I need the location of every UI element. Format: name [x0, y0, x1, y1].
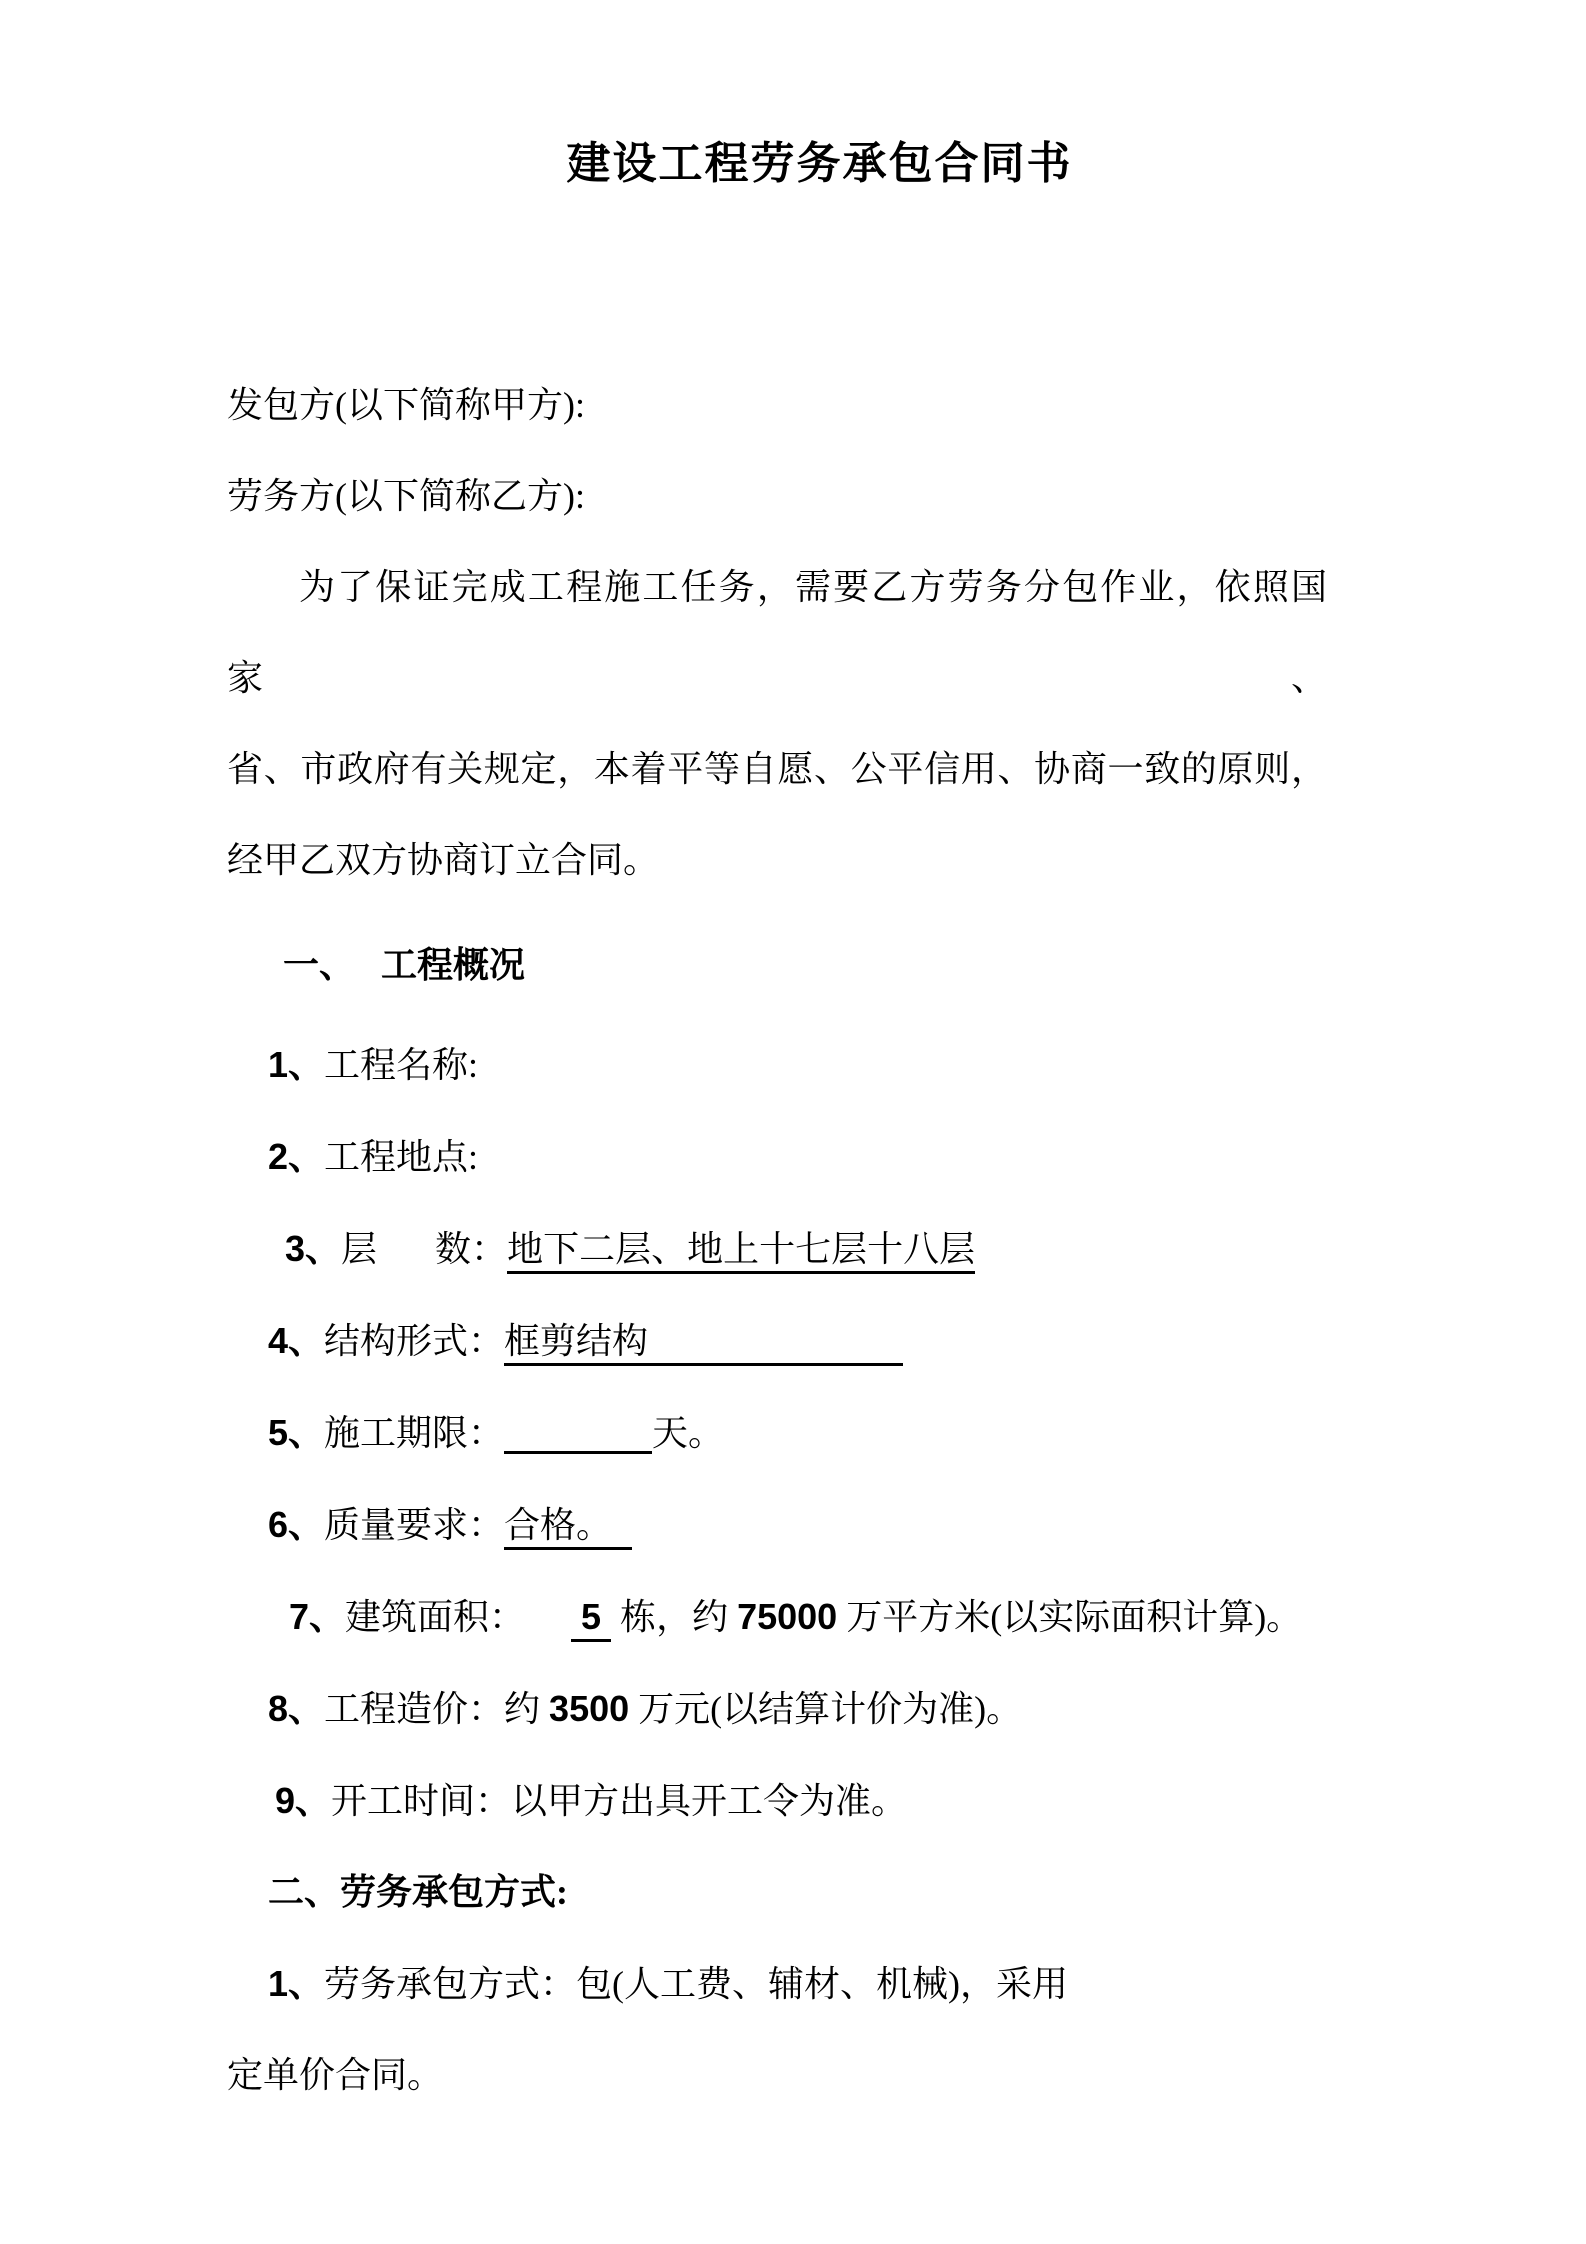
item-construction-period: 5、施工期限：天。 [268, 1387, 1327, 1479]
item-value-number: 3500 [549, 1688, 629, 1729]
party-a-line: 发包方(以下简称甲方): [227, 360, 1327, 451]
document-title: 建设工程劳务承包合同书 [227, 140, 1327, 188]
item-number: 4、 [268, 1320, 324, 1361]
item-number: 9、 [275, 1780, 331, 1821]
section-2-heading: 二、劳务承包方式: [268, 1847, 1327, 1938]
item-label: 数： [435, 1229, 507, 1269]
item-label: 工程地点: [324, 1137, 478, 1177]
item-floor-count: 3、层数：地下二层、地上十七层十八层 [285, 1203, 1327, 1295]
preamble-paragraph: 为了保证完成工程施工任务，需要乙方劳务分包作业，依照国家、 省、市政府有关规定，… [227, 542, 1327, 906]
item-label: 工程造价：约 [324, 1689, 549, 1729]
item-label: 结构形式： [324, 1321, 504, 1361]
party-b-line: 劳务方(以下简称乙方): [227, 451, 1327, 542]
item-number: 1、 [268, 1044, 324, 1085]
item-number: 6、 [268, 1504, 324, 1545]
item-quality-requirement: 6、质量要求：合格。 [268, 1479, 1327, 1571]
item-start-date: 9、开工时间：以甲方出具开工令为准。 [275, 1755, 1327, 1847]
item-label: 质量要求： [324, 1505, 504, 1545]
item-value-underlined: 5 [571, 1596, 611, 1642]
item-value-underlined: 合格。 [504, 1505, 632, 1550]
contract-document-page: 建设工程劳务承包合同书 发包方(以下简称甲方): 劳务方(以下简称乙方): 为了… [0, 0, 1586, 2244]
preamble-line-3: 经甲乙双方协商订立合同。 [227, 815, 1327, 906]
preamble-line-1: 为了保证完成工程施工任务，需要乙方劳务分包作业，依照国家、 [227, 542, 1327, 724]
item-text: 万平方米(以实际面积计算)。 [837, 1597, 1302, 1637]
section-1-heading: 一、工程概况 [283, 920, 1327, 1011]
item-value: 包(人工费、辅材、机械)，采用 [576, 1964, 1068, 2004]
item-label: 开工时间： [331, 1781, 511, 1821]
item-label: 层 [341, 1229, 377, 1269]
item-text: 万元(以结算计价为准)。 [629, 1689, 1022, 1729]
item-structure-type: 4、结构形式：框剪结构 [268, 1295, 1327, 1387]
section-2-title: 劳务承包方式: [340, 1872, 568, 1912]
item-number: 3、 [285, 1228, 341, 1269]
preamble-line-2: 省、市政府有关规定，本着平等自愿、公平信用、协商一致的原则， [227, 724, 1327, 815]
item-label: 工程名称: [324, 1045, 478, 1085]
item-number: 8、 [268, 1688, 324, 1729]
item-labor-contract-method: 1、劳务承包方式：包(人工费、辅材、机械)，采用 [268, 1938, 1327, 2030]
item-value-underlined: 框剪结构 [504, 1321, 903, 1366]
section-1-number: 一、 [283, 945, 355, 985]
item-number: 5、 [268, 1412, 324, 1453]
item-continuation-line: 定单价合同。 [227, 2030, 1327, 2121]
item-label: 劳务承包方式： [324, 1964, 576, 2004]
item-project-location: 2、工程地点: [268, 1111, 1327, 1203]
item-label: 建筑面积： [345, 1597, 525, 1637]
item-label: 施工期限： [324, 1413, 504, 1453]
section-2-number: 二、 [268, 1872, 340, 1912]
section-1-title: 工程概况 [381, 945, 525, 985]
item-value: 以甲方出具开工令为准。 [511, 1781, 907, 1821]
item-number: 1、 [268, 1963, 324, 2004]
item-project-name: 1、工程名称: [268, 1019, 1327, 1111]
item-text: 栋，约 [611, 1597, 737, 1637]
item-suffix: 天。 [652, 1413, 724, 1453]
item-building-area: 7、建筑面积：5 栋，约 75000 万平方米(以实际面积计算)。 [289, 1571, 1327, 1663]
item-project-cost: 8、工程造价：约 3500 万元(以结算计价为准)。 [268, 1663, 1327, 1755]
item-value-number: 75000 [737, 1596, 837, 1637]
item-number: 2、 [268, 1136, 324, 1177]
blank-underline [504, 1451, 652, 1454]
item-value-underlined: 地下二层、地上十七层十八层 [507, 1229, 975, 1274]
item-number: 7、 [289, 1596, 345, 1637]
document-content: 建设工程劳务承包合同书 发包方(以下简称甲方): 劳务方(以下简称乙方): 为了… [0, 0, 1327, 2121]
